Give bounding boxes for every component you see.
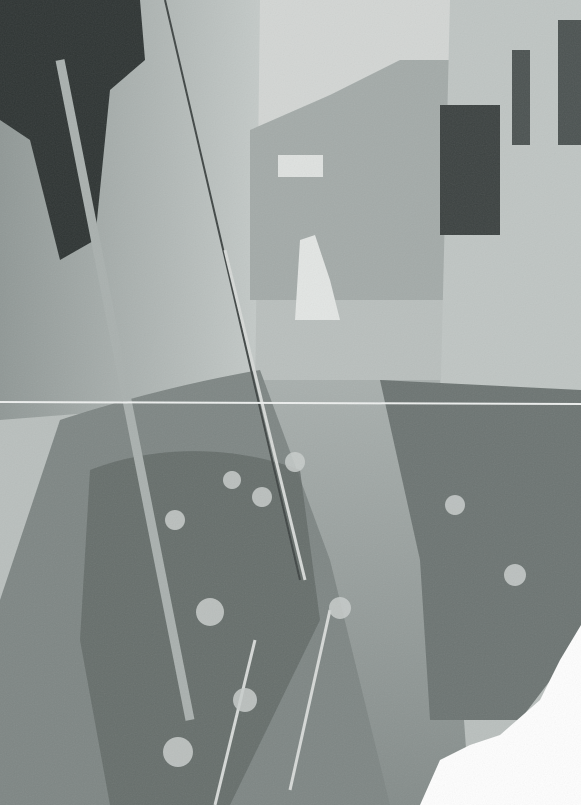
procession-photograph (0, 0, 581, 805)
photo-illustration (0, 0, 581, 805)
